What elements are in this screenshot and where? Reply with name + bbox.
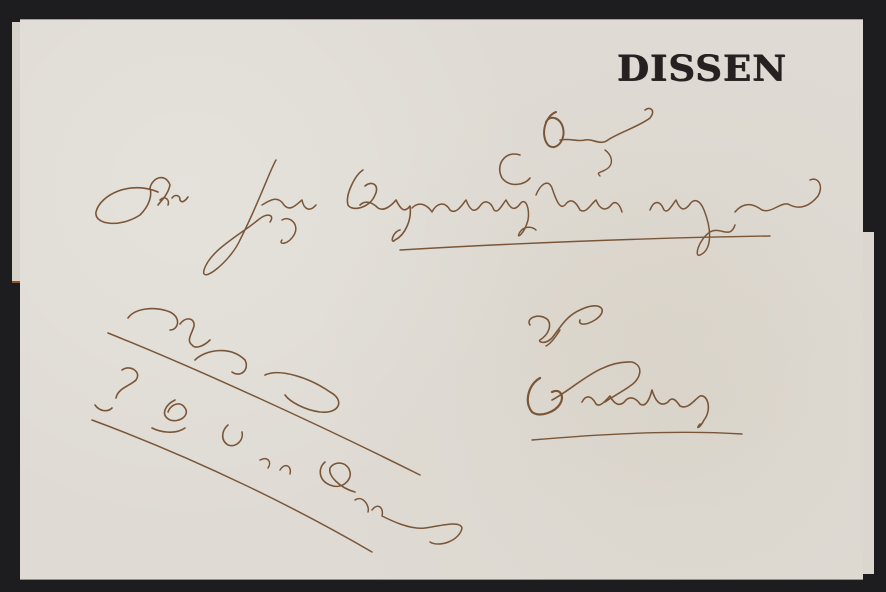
transcription-salutation: An bbox=[0, 0, 1, 1]
transcription: An Die hohe Regierungskommission zu Osna… bbox=[0, 0, 1, 1]
postmark-dissen: DISSEN bbox=[617, 51, 787, 86]
letter-cover bbox=[20, 19, 863, 579]
letter-photo-scene: DISSEN bbox=[0, 0, 886, 592]
